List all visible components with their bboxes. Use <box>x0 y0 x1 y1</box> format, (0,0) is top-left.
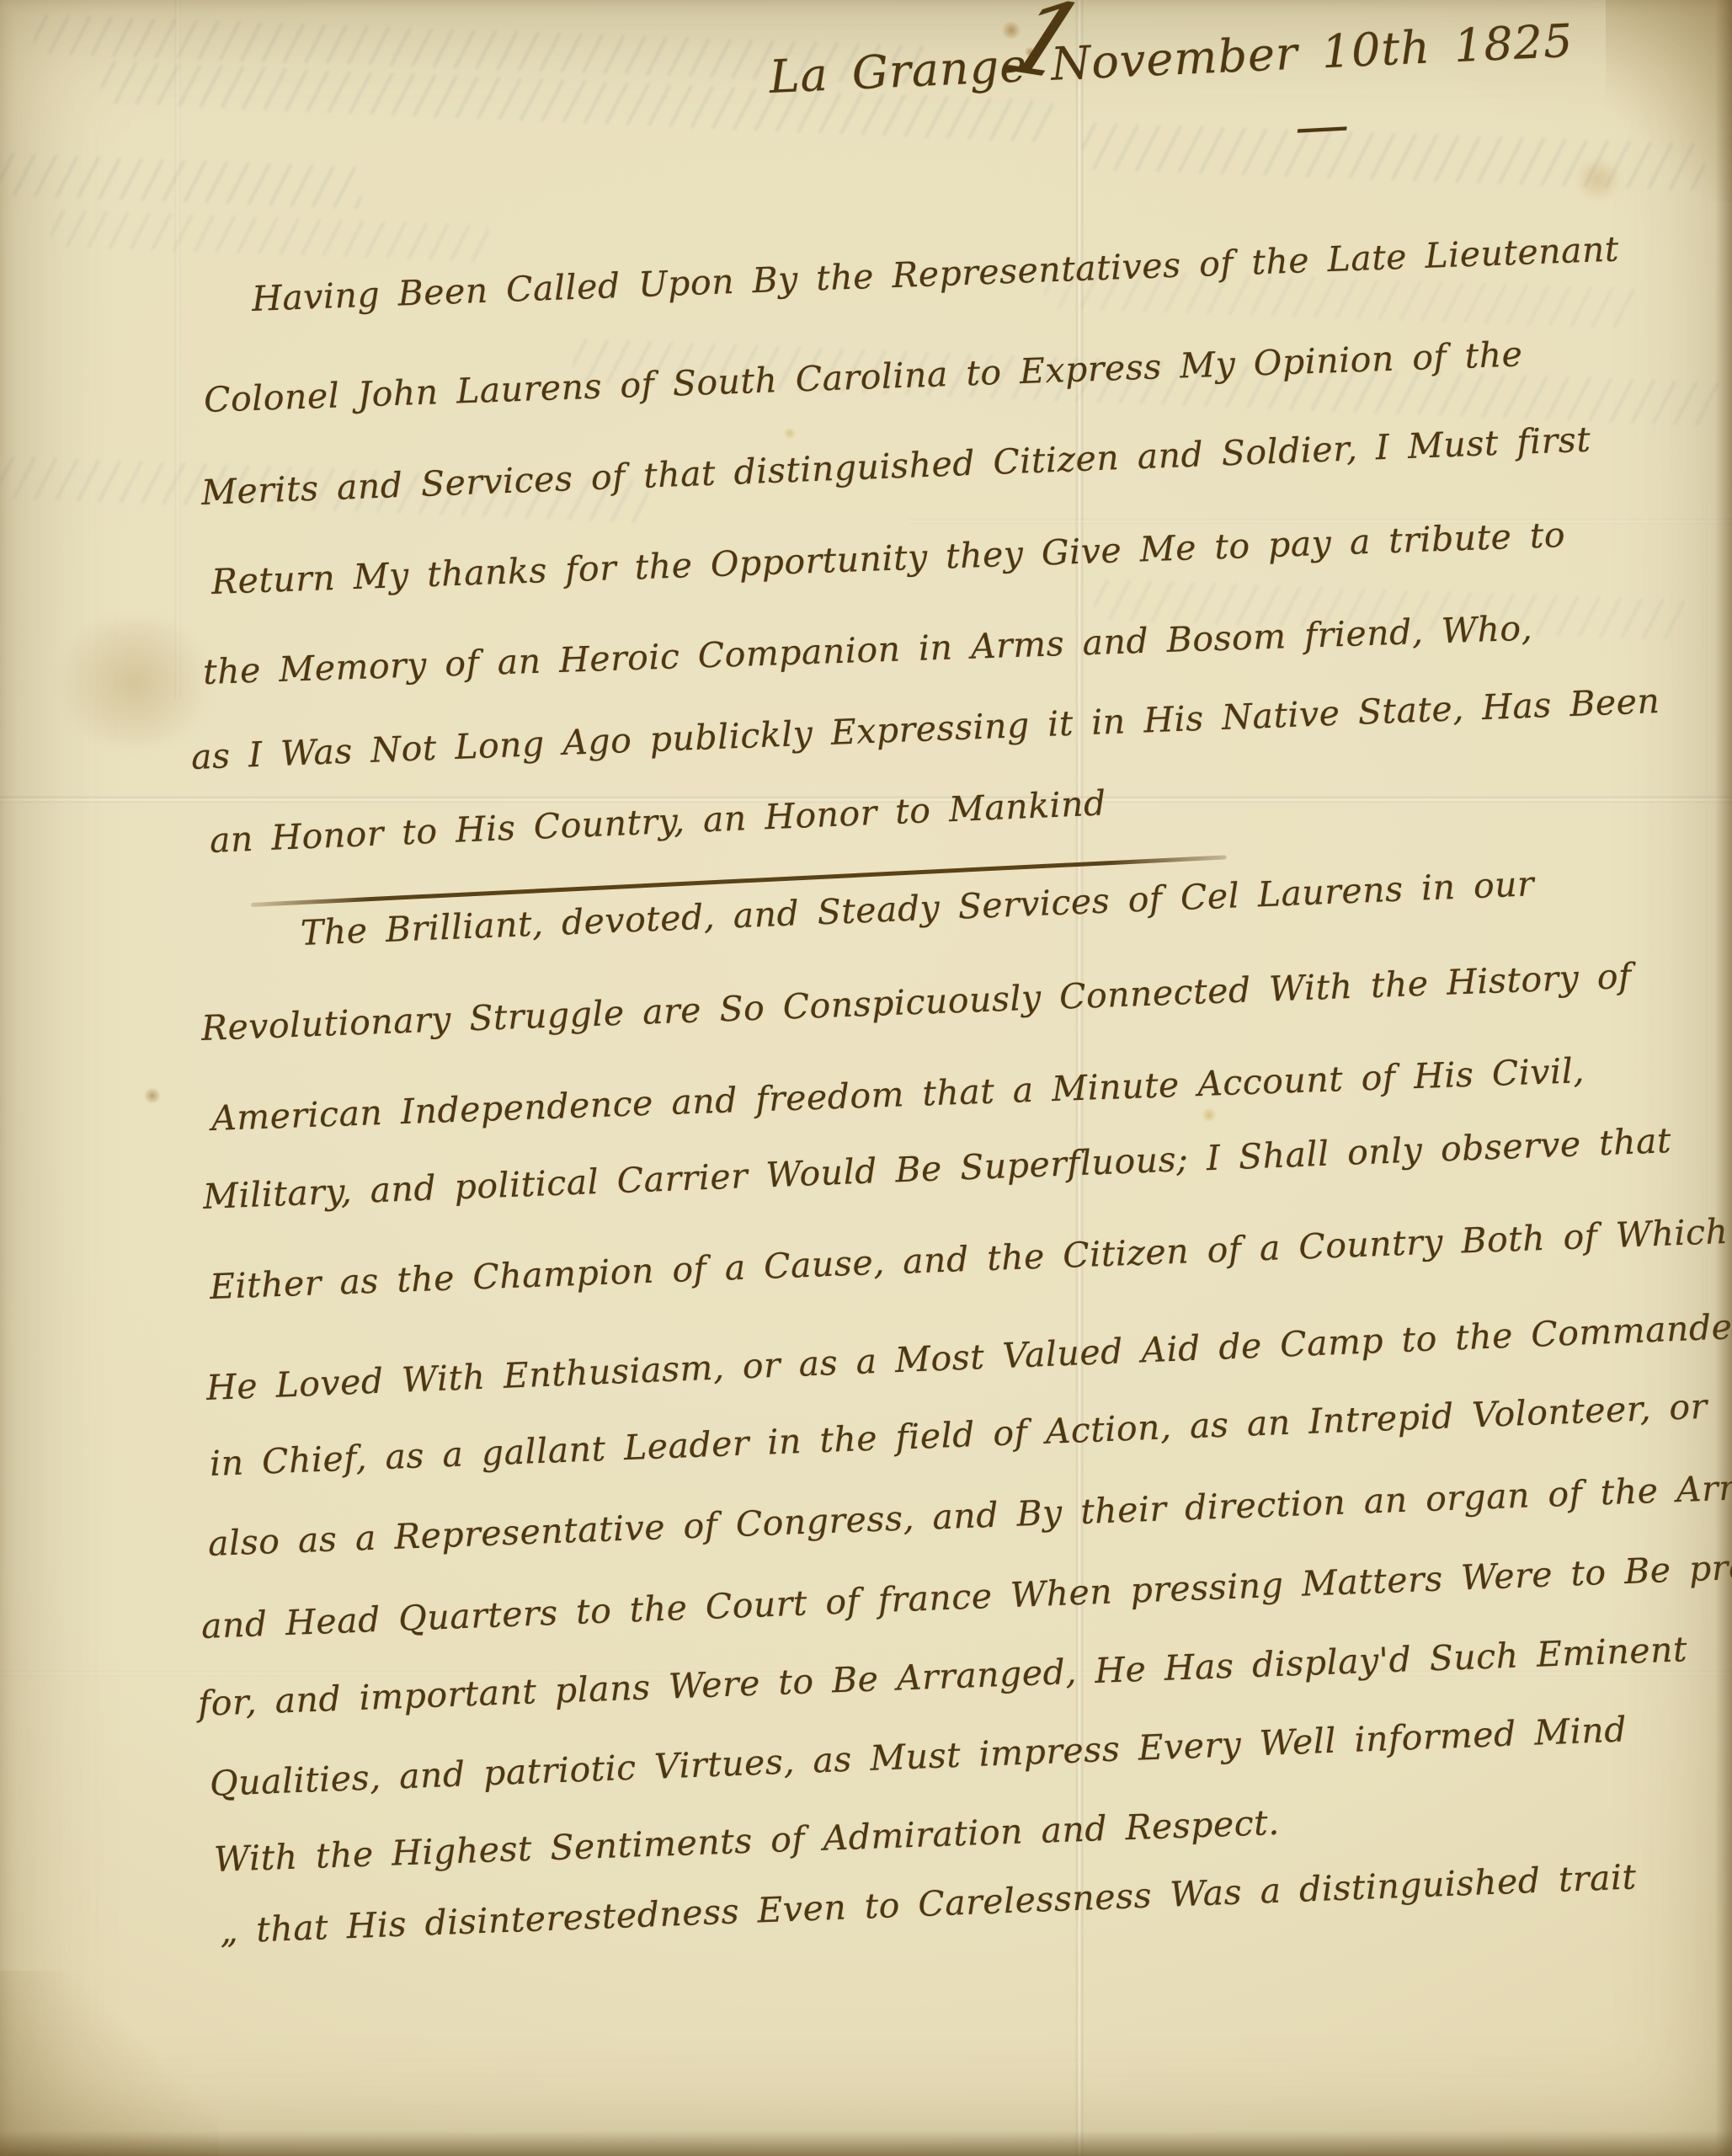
dateline-dash: — <box>1293 98 1350 154</box>
letter-line-16: and Head Quarters to the Court of france… <box>200 1544 1732 1646</box>
letter-line-6: as I Was Not Long Ago publickly Expressi… <box>190 681 1660 777</box>
paper-stain <box>143 1088 162 1103</box>
letter-line-19: With the Highest Sentiments of Admiratio… <box>213 1803 1280 1880</box>
page-corner-shading <box>0 1971 219 2156</box>
letter-line-2: Colonel John Laurens of South Carolina t… <box>203 334 1523 420</box>
bleed-through-text <box>0 153 363 209</box>
letter-line-17: for, and important plans Were to Be Arra… <box>197 1630 1687 1724</box>
letter-line-3: Merits and Services of that distinguishe… <box>200 420 1591 513</box>
dateline: La Grange November 10th 1825 <box>768 16 1574 103</box>
letter-line-10: American Independence and freedom that a… <box>211 1051 1585 1139</box>
letter-line-4: Return My thanks for the Opportunity the… <box>211 515 1565 602</box>
letter-line-14: in Chief, as a gallant Leader in the fie… <box>209 1387 1708 1484</box>
letter-line-1: Having Been Called Upon By the Represent… <box>251 229 1619 319</box>
letter-line-8: The Brilliant, devoted, and Steady Servi… <box>300 864 1535 953</box>
paper-stain <box>46 619 223 745</box>
letter-line-18: Qualities, and patriotic Virtues, as Mus… <box>209 1710 1628 1804</box>
letter-line-12: Either as the Champion of a Cause, and t… <box>209 1212 1729 1307</box>
letter-line-15: also as a Representative of Congress, an… <box>207 1467 1732 1564</box>
vertical-fold-crease <box>175 0 180 699</box>
letter-line-11: Military, and political Carrier Would Be… <box>202 1121 1672 1217</box>
letter-page: 1 La Grange November 10th 1825 — Having … <box>0 0 1732 2156</box>
paper-stain <box>1201 1108 1218 1122</box>
bleed-through-text <box>50 210 488 262</box>
paper-stain <box>783 428 797 439</box>
letter-line-5: the Memory of an Heroic Companion in Arm… <box>202 609 1532 692</box>
letter-line-7: an Honor to His Country, an Honor to Man… <box>209 783 1107 861</box>
page-corner-shading <box>1606 0 1732 202</box>
letter-line-9: Revolutionary Struggle are So Conspicuou… <box>200 957 1632 1049</box>
page-edge-shadow <box>0 2131 1732 2156</box>
page-edge-shadow <box>1715 0 1732 2156</box>
